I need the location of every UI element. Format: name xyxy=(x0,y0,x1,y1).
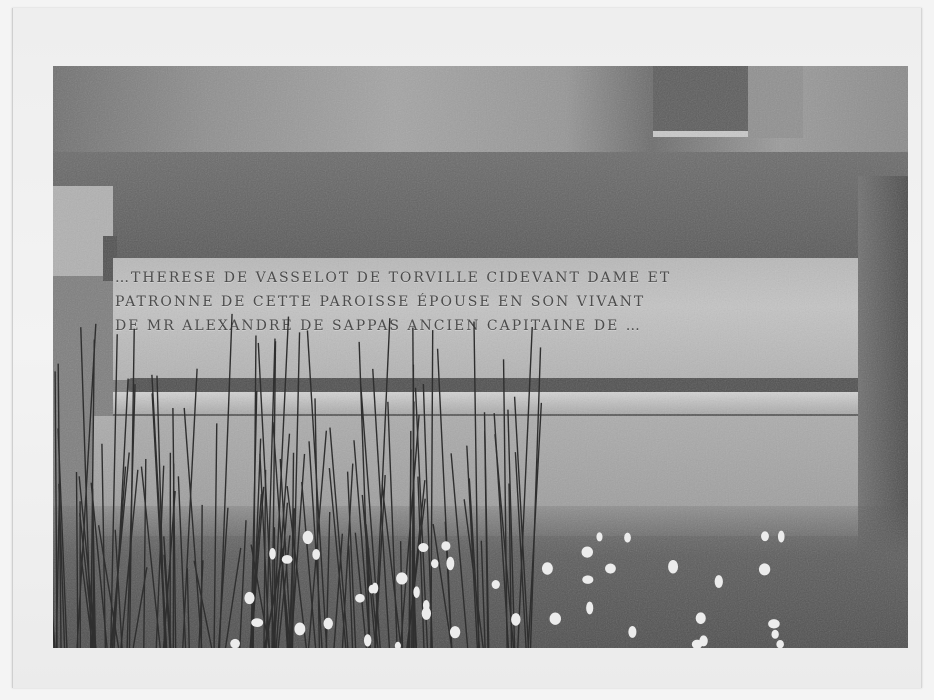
photograph: …THERESE DE VASSELOT DE TORVILLE CIDEVAN… xyxy=(53,66,908,648)
photo-print-sheet: …THERESE DE VASSELOT DE TORVILLE CIDEVAN… xyxy=(12,8,922,688)
vegetation-overlay xyxy=(53,66,908,648)
